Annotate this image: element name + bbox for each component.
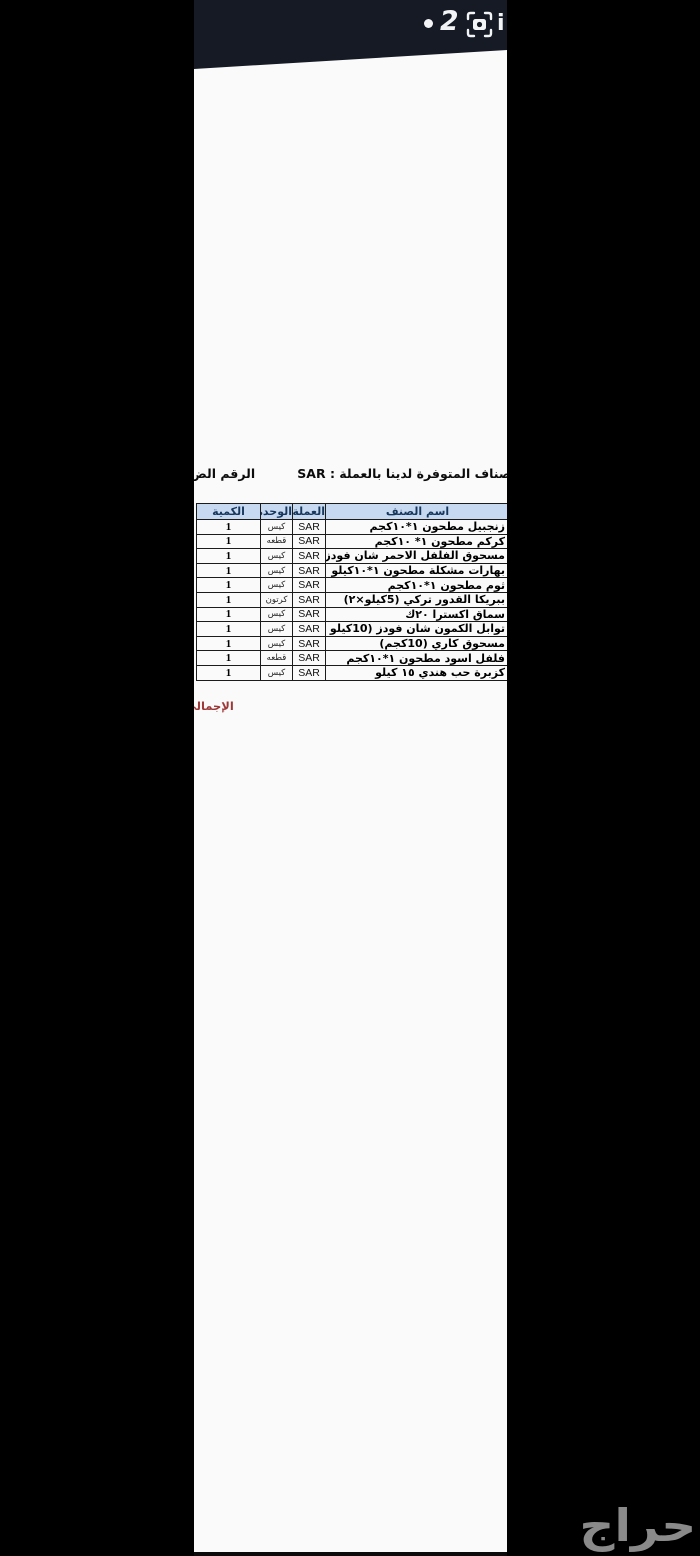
item-row: مسحوق الفلفل الاحمر شان فودز (10كيلو)SAR…	[197, 549, 508, 564]
item-row: ثوم مطحون ١*١٠كجمSARكيس1	[197, 578, 508, 593]
item-name-cell: مسحوق الفلفل الاحمر شان فودز (10كيلو)	[326, 549, 508, 564]
currency-cell: SAR	[293, 607, 326, 622]
unit-cell: كيس	[261, 665, 293, 680]
currency-cell: SAR	[293, 592, 326, 607]
currency-cell: SAR	[293, 622, 326, 637]
item-row: سماق اكسترا ٢٠كSARكيس1	[197, 607, 508, 622]
currency-cell: SAR	[293, 665, 326, 680]
share-arrow-icon[interactable]: 2	[434, 8, 465, 36]
item-row: توابل الكمون شان فودز (10كيلو )SARكيس1	[197, 622, 508, 637]
unit-cell: كيس	[261, 520, 293, 535]
quantity-cell: 1	[197, 563, 261, 578]
header-currency: العملة	[293, 504, 326, 520]
item-name-cell: زنجبيل مطحون ١*١٠كجم	[326, 520, 508, 535]
quantity-cell: 1	[197, 520, 261, 535]
unit-cell: كيس	[261, 636, 293, 651]
toolbar: 2 i	[194, 0, 507, 50]
item-name-cell: ثوم مطحون ١*١٠كجم	[326, 578, 508, 593]
item-name-cell: فلفل اسود مطحون ١*١٠كجم	[326, 651, 508, 666]
item-name-cell: بهارات مشكلة مطحون ١*١٠كيلو	[326, 563, 508, 578]
unit-cell: كيس	[261, 622, 293, 637]
header-unit: الوحدة	[261, 504, 293, 520]
currency-cell: SAR	[293, 578, 326, 593]
quantity-cell: 1	[197, 607, 261, 622]
photo-bottom-edge	[194, 1552, 507, 1556]
quantity-cell: 1	[197, 549, 261, 564]
total-label: الإجمالي	[194, 699, 234, 713]
unit-cell: قطعه	[261, 534, 293, 549]
item-row: مسحوق كاري (10كجم)SARكيس1	[197, 636, 508, 651]
quantity-cell: 1	[197, 622, 261, 637]
lens-icon[interactable]	[466, 11, 493, 38]
header-item-name: اسم الصنف	[326, 504, 508, 520]
item-name-cell: سماق اكسترا ٢٠ك	[326, 607, 508, 622]
item-row: كزبرة حب هندي ١٥ كيلوSARكيس1	[197, 665, 508, 680]
currency-cell: SAR	[293, 651, 326, 666]
item-row: زنجبيل مطحون ١*١٠كجمSARكيس1	[197, 520, 508, 535]
quantity-cell: 1	[197, 592, 261, 607]
quantity-cell: 1	[197, 534, 261, 549]
haraj-watermark: حراج	[579, 1499, 696, 1552]
quantity-cell: 1	[197, 665, 261, 680]
item-name-cell: مسحوق كاري (10كجم)	[326, 636, 508, 651]
doc-tax-number-label: الرقم الض	[194, 466, 255, 481]
item-name-cell: كزبرة حب هندي ١٥ كيلو	[326, 665, 508, 680]
info-icon[interactable]: i	[497, 10, 507, 38]
currency-cell: SAR	[293, 636, 326, 651]
item-name-cell: ببريكا القدور تركي (5كيلو×٢)	[326, 592, 508, 607]
item-row: فلفل اسود مطحون ١*١٠كجمSARقطعه1	[197, 651, 508, 666]
unit-cell: كيس	[261, 549, 293, 564]
unit-cell: كيس	[261, 563, 293, 578]
currency-cell: SAR	[293, 563, 326, 578]
photo-of-price-list[interactable]: 2 i صناف المتوفرة لدينا بالعملة : SAR ال…	[194, 0, 507, 1556]
unit-cell: قطعه	[261, 651, 293, 666]
unit-cell: كيس	[261, 607, 293, 622]
item-row: كركم مطحون ١* ١٠كجمSARقطعه1	[197, 534, 508, 549]
item-name-cell: كركم مطحون ١* ١٠كجم	[326, 534, 508, 549]
quantity-cell: 1	[197, 651, 261, 666]
quantity-cell: 1	[197, 636, 261, 651]
items-tbody: زنجبيل مطحون ١*١٠كجمSARكيس1كركم مطحون ١*…	[197, 520, 508, 681]
overflow-dot-icon[interactable]	[424, 19, 433, 28]
items-table: اسم الصنف العملة الوحدة الكمية زنجبيل مط…	[196, 503, 507, 681]
unit-cell: كرتون	[261, 592, 293, 607]
item-row: بهارات مشكلة مطحون ١*١٠كيلوSARكيس1	[197, 563, 508, 578]
items-header-row: اسم الصنف العملة الوحدة الكمية	[197, 504, 508, 520]
item-name-cell: توابل الكمون شان فودز (10كيلو )	[326, 622, 508, 637]
viewer-background: 2 i صناف المتوفرة لدينا بالعملة : SAR ال…	[0, 0, 700, 1556]
quantity-cell: 1	[197, 578, 261, 593]
header-quantity: الكمية	[197, 504, 261, 520]
currency-cell: SAR	[293, 549, 326, 564]
currency-cell: SAR	[293, 534, 326, 549]
unit-cell: كيس	[261, 578, 293, 593]
item-row: ببريكا القدور تركي (5كيلو×٢)SARكرتون1	[197, 592, 508, 607]
doc-title-currency-line: صناف المتوفرة لدينا بالعملة : SAR	[297, 466, 507, 481]
currency-cell: SAR	[293, 520, 326, 535]
